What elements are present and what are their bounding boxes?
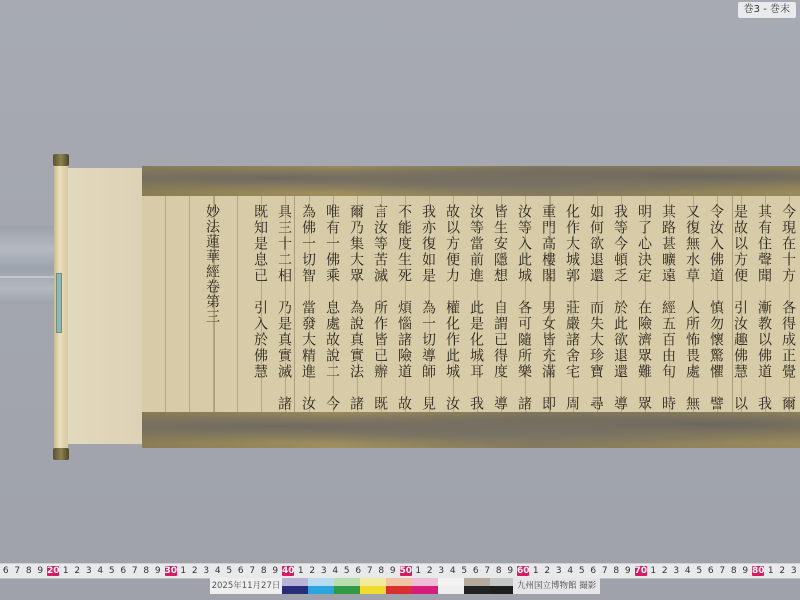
ruler-tick: 4 — [447, 566, 459, 576]
ruler-tick: 5 — [459, 566, 471, 576]
ruler-tick: 6 — [705, 566, 717, 576]
blank-column — [224, 196, 248, 412]
color-patch — [438, 578, 464, 594]
paper-seam — [294, 196, 295, 412]
ruler-tick: 3 — [671, 566, 683, 576]
color-patch — [386, 578, 412, 594]
ruler-tick: 7 — [12, 566, 24, 576]
ruler-tick: 8 — [141, 566, 153, 576]
ruler-tick: 60 — [517, 566, 529, 576]
ruler-tick: 6 — [118, 566, 130, 576]
gold-dusted-border-top — [142, 166, 800, 196]
ruler-tick: 30 — [165, 566, 177, 576]
ruler-tick: 6 — [353, 566, 365, 576]
ruler-tick: 2 — [777, 566, 789, 576]
text-column: 重門高樓閣 男女皆充滿 即作是化已 慰眾言勿懼 — [536, 196, 560, 412]
ruler-tick: 8 — [376, 566, 388, 576]
text-column: 爾乃集大眾 為說真實法 諸佛方便力 分別說三乘 — [344, 196, 368, 412]
ruler-tick: 3 — [788, 566, 800, 576]
ruler-tick: 7 — [247, 566, 259, 576]
ruler-tick: 4 — [212, 566, 224, 576]
ruler-tick: 9 — [387, 566, 399, 576]
ruler-tick: 3 — [553, 566, 565, 576]
color-patch — [412, 578, 438, 594]
ruler-tick: 1 — [295, 566, 307, 576]
text-column: 具三十二相 乃是真實滅 諸佛之導師 為息說涅槃 — [272, 196, 296, 412]
ruler-tick: 4 — [565, 566, 577, 576]
silk-ribbon — [0, 226, 60, 304]
ruler-tick: 7 — [717, 566, 729, 576]
text-column: 我等今頓乏 於此欲退還 導師作是念 此輩甚可愍 — [608, 196, 632, 412]
section-badge[interactable]: 巻3 - 巻末 — [738, 2, 796, 18]
ruler-tick: 8 — [258, 566, 270, 576]
ruler-tick: 2 — [542, 566, 554, 576]
ruler-tick: 8 — [23, 566, 35, 576]
ruler-tick: 80 — [752, 566, 764, 576]
ruler-tick: 9 — [270, 566, 282, 576]
text-column: 化作大城郭 莊嚴諸舍宅 周帀有園林 渠流及浴池 — [560, 196, 584, 412]
text-column: 為佛一切智 當發大精進 汝證一切智 十力等佛法 — [296, 196, 320, 412]
text-column: 既知是息已 引入於佛慧 — [248, 196, 272, 412]
ruler-tick: 5 — [576, 566, 588, 576]
text-column: 唯有一佛乘 息處故說二 今為汝說實 汝所得非滅 — [320, 196, 344, 412]
ruler-tick: 3 — [318, 566, 330, 576]
ruler-tick: 6 — [588, 566, 600, 576]
text-column: 不能度生死 煩惱諸險道 故以方便力 為息說涅槃 — [392, 196, 416, 412]
ruler-tick: 1 — [178, 566, 190, 576]
ruler-tick: 8 — [611, 566, 623, 576]
ruler-tick: 1 — [60, 566, 72, 576]
color-patch — [360, 578, 386, 594]
paper-seam — [550, 196, 551, 412]
paper-seam — [732, 196, 733, 412]
text-column: 故以方便力 權化作此城 汝今勤精進 當共至寶所 — [440, 196, 464, 412]
ruler-tick: 5 — [341, 566, 353, 576]
ruler-tick: 4 — [330, 566, 342, 576]
ruler-tick: 1 — [413, 566, 425, 576]
ruler-tick: 7 — [364, 566, 376, 576]
text-column: 皆生安隱想 自謂已得度 導師知息已 集眾而告言 — [488, 196, 512, 412]
ruler-tick: 20 — [47, 566, 59, 576]
ruler-tick: 6 — [470, 566, 482, 576]
ruler-tick: 3 — [436, 566, 448, 576]
roller-end-cap-bottom — [53, 448, 69, 460]
text-column: 今現在十方 各得成正覺 爾時聞法者 各在諸佛所 — [776, 196, 800, 412]
text-column: 又復無水草 人所怖畏處 無數千萬眾 欲過此險道 — [680, 196, 704, 412]
ruler-tick: 2 — [307, 566, 319, 576]
ruler-tick: 6 — [0, 566, 12, 576]
ruler-tick: 2 — [424, 566, 436, 576]
ruler-tick: 4 — [95, 566, 107, 576]
text-panel: 今現在十方 各得成正覺 爾時聞法者 各在諸佛所 其有住聲聞 漸教以佛道 我在十六… — [142, 196, 800, 412]
ruler-tick: 7 — [482, 566, 494, 576]
text-columns: 今現在十方 各得成正覺 爾時聞法者 各在諸佛所 其有住聲聞 漸教以佛道 我在十六… — [70, 196, 800, 412]
capture-date: 2025年11月27日 — [210, 578, 282, 594]
ruler-tick: 9 — [152, 566, 164, 576]
text-column: 我亦復如是 為一切導師 見諸求道者 中路而懈廢 — [416, 196, 440, 412]
ruler-tick: 2 — [189, 566, 201, 576]
color-patch — [282, 578, 308, 594]
blank-columns — [70, 196, 200, 412]
ruler-tick: 2 — [72, 566, 84, 576]
ruler-tick: 8 — [493, 566, 505, 576]
color-patch — [464, 578, 490, 594]
ruler-tick: 2 — [659, 566, 671, 576]
color-calibration-chart — [282, 578, 516, 594]
ruler-tick: 5 — [224, 566, 236, 576]
ruler-tick: 3 — [201, 566, 213, 576]
paper-seam — [214, 196, 215, 412]
ruler-tick: 4 — [682, 566, 694, 576]
scroll-image-viewer[interactable]: 巻3 - 巻末 今現在十方 各得成正覺 爾時聞法者 各在諸佛所 其有住聲聞 漸教… — [0, 0, 800, 600]
ruler-tick: 9 — [35, 566, 47, 576]
ruler-tick: 9 — [740, 566, 752, 576]
ruler-tick: 1 — [530, 566, 542, 576]
photo-credit: 九州国立博物館 撮影 — [513, 578, 600, 594]
measurement-ruler: 6789201234567893012345678940123456789501… — [0, 563, 800, 579]
ruler-tick: 3 — [83, 566, 95, 576]
roller-end-cap-top — [53, 154, 69, 166]
sutra-title-column: 妙法蓮華經卷第三 — [200, 196, 224, 412]
ruler-tick: 9 — [505, 566, 517, 576]
sutra-scroll: 今現在十方 各得成正覺 爾時聞法者 各在諸佛所 其有住聲聞 漸教以佛道 我在十六… — [142, 166, 800, 448]
ruler-tick: 9 — [622, 566, 634, 576]
gold-dusted-border-bottom — [142, 412, 800, 448]
text-column: 明了心決定 在險濟眾難 眾人皆疲倦 而白導師言 — [632, 196, 656, 412]
color-patch — [308, 578, 334, 594]
ruler-tick: 1 — [765, 566, 777, 576]
ruler-tick: 40 — [282, 566, 294, 576]
ruler-tick: 1 — [648, 566, 660, 576]
text-column: 其有住聲聞 漸教以佛道 我在十六數 曾亦為汝說 — [752, 196, 776, 412]
text-column: 汝等入此城 各可隨所樂 諸人既入城 心皆大歡喜 — [512, 196, 536, 412]
text-column: 令汝入佛道 慎勿懷驚懼 譬如險惡道 迥絕多毒獸 — [704, 196, 728, 412]
text-column: 言汝等苦滅 所作皆已辦 既知到涅槃 皆得阿羅漢 — [368, 196, 392, 412]
color-patch — [334, 578, 360, 594]
text-column: 如何欲退還 而失大珍寶 尋時思方便 當設神通力 — [584, 196, 608, 412]
ruler-tick: 5 — [694, 566, 706, 576]
ruler-tick: 70 — [635, 566, 647, 576]
ruler-tick: 7 — [129, 566, 141, 576]
ruler-tick: 6 — [235, 566, 247, 576]
ruler-tick: 5 — [106, 566, 118, 576]
ruler-tick: 8 — [728, 566, 740, 576]
ruler-tick: 7 — [599, 566, 611, 576]
text-column: 汝等當前進 此是化城耳 我見汝疲極 中路欲退還 — [464, 196, 488, 412]
ruler-tick: 50 — [400, 566, 412, 576]
scroll-cord — [56, 273, 62, 333]
text-column: 其路甚曠遠 經五百由旬 時有一導師 強識有智慧 — [656, 196, 680, 412]
